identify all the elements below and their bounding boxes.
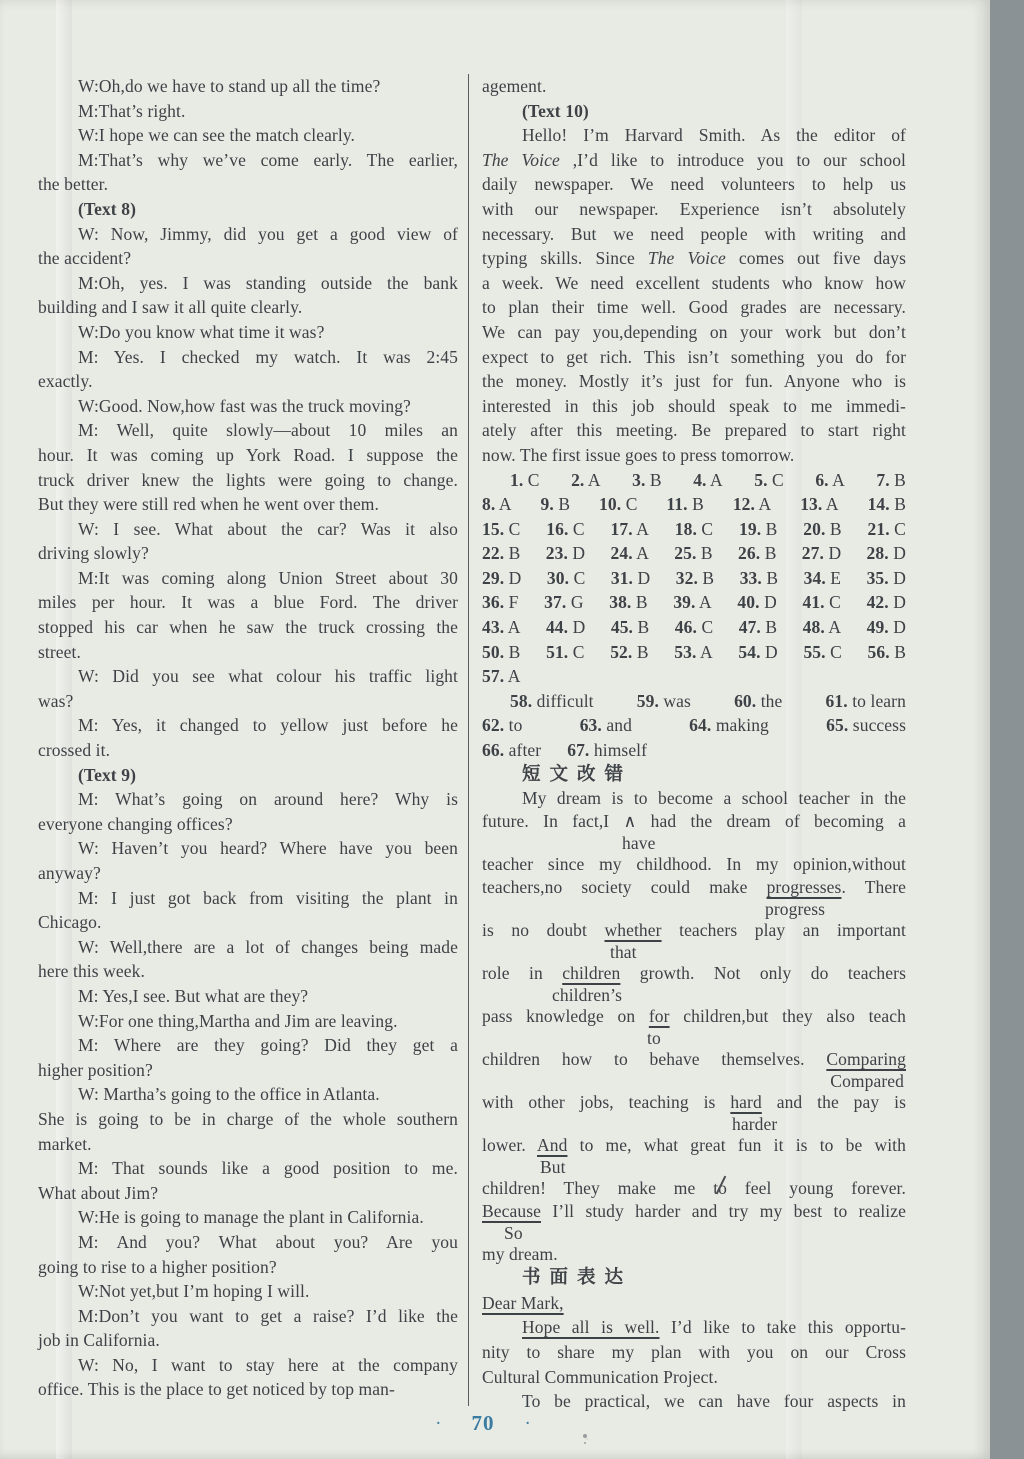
text-line: W:He is going to manage the plant in Cal… <box>38 1205 458 1230</box>
text-line: M: Yes. I checked my watch. It was 2:45 <box>38 345 458 370</box>
correction-word: have <box>482 833 906 853</box>
text-line: market. <box>38 1132 458 1157</box>
correction-text: progress <box>765 899 825 919</box>
text-segment: W:Good. Now,how fast was the truck movin… <box>78 396 411 416</box>
text-segment: truck driver knew the lights were going … <box>38 470 458 490</box>
text-line: to plan their time well. Good grades are… <box>482 295 906 320</box>
text-line: Because I’ll study harder and try my bes… <box>482 1200 906 1223</box>
text-line: necessary. But we need people with writi… <box>482 222 906 247</box>
text-segment: W: No, I want to stay here at the compan… <box>78 1355 458 1375</box>
answer-item: 45. B <box>611 615 649 640</box>
correction-text: Compared <box>830 1071 904 1091</box>
text-line: The Voice ,I’d like to introduce you to … <box>482 148 906 173</box>
text-segment: M:That’s right. <box>78 101 185 121</box>
text-line: Chicago. <box>38 910 458 935</box>
text-segment: ,I’d like to introduce you to our school <box>560 150 906 170</box>
text-segment: Dear Mark, <box>482 1293 564 1313</box>
text-segment: crossed it. <box>38 740 110 760</box>
answer-item: 7. B <box>876 468 906 493</box>
answer-item: 32. B <box>676 566 714 591</box>
text-segment: W: Did you see what colour his traffic l… <box>78 666 458 686</box>
text-line: office. This is the place to get noticed… <box>38 1377 458 1402</box>
correction-text: that <box>610 942 637 962</box>
text-line: the accident? <box>38 246 458 271</box>
text-segment: (Text 8) <box>78 199 136 219</box>
text-segment: necessary. But we need people with writi… <box>482 224 906 244</box>
answer-item: 3. B <box>632 468 662 493</box>
text-segment: W: I see. What about the car? Was it als… <box>78 519 458 539</box>
answer-item: 57. A <box>482 664 520 689</box>
text-line: W: Haven’t you heard? Where have you bee… <box>38 836 458 861</box>
text-line: children how to behave themselves. Compa… <box>482 1048 906 1071</box>
text-segment: M: What’s going on around here? Why is <box>78 789 458 809</box>
answer-item: 38. B <box>609 590 647 615</box>
answer-item: 6. A <box>815 468 845 493</box>
text-segment: M: Yes,I see. But what are they? <box>78 986 308 1006</box>
text-segment: for <box>649 1006 670 1026</box>
text-line: building and I saw it all quite clearly. <box>38 295 458 320</box>
text-line: now. The first issue goes to press tomor… <box>482 443 906 468</box>
answer-item: 16. C <box>546 517 584 542</box>
footer-dot-right: · <box>525 1413 531 1435</box>
text-segment: now. The first issue goes to press tomor… <box>482 445 794 465</box>
answer-item: 54. D <box>738 640 777 665</box>
text-segment: Comparing <box>826 1049 906 1069</box>
text-segment: nity to share my plan with you on our Cr… <box>482 1342 906 1362</box>
text-segment: M: Yes, it changed to yellow just before… <box>78 715 458 735</box>
text-segment: 短文改错 <box>522 765 632 785</box>
answer-item: 5. C <box>754 468 784 493</box>
answer-key-row: 1. C2. A3. B4. A5. C6. A7. B <box>482 468 906 493</box>
text-line: Cultural Communication Project. <box>482 1365 906 1390</box>
correction-word: Compared <box>482 1071 906 1091</box>
right-column: agement.(Text 10)Hello! I’m Harvard Smit… <box>482 74 906 1414</box>
text-line: here this week. <box>38 959 458 984</box>
text-segment: the money. Mostly it’s just for fun. Any… <box>482 371 906 391</box>
text-line: driving slowly? <box>38 541 458 566</box>
answer-item: 64. making <box>689 713 769 738</box>
answer-key-row: 57. A <box>482 664 906 689</box>
text-segment: I’ll study harder and try my best to rea… <box>541 1201 906 1221</box>
text-segment: with other jobs, teaching is <box>482 1092 730 1112</box>
answer-item: 50. B <box>482 640 520 665</box>
text-line: daily newspaper. We need volunteers to h… <box>482 172 906 197</box>
text-segment: W:He is going to manage the plant in Cal… <box>78 1207 424 1227</box>
text-segment: here this week. <box>38 961 145 981</box>
text-line: Hello! I’m Harvard Smith. As the editor … <box>482 123 906 148</box>
text-line: a week. We need excellent students who k… <box>482 271 906 296</box>
text-segment: My dream is to become a school teacher i… <box>522 788 906 808</box>
text-segment: W:Oh,do we have to stand up all the time… <box>78 76 380 96</box>
text-line: M: I just got back from visiting the pla… <box>38 886 458 911</box>
text-segment: And <box>537 1135 567 1155</box>
text-line: going to rise to a higher position? <box>38 1255 458 1280</box>
text-line: M: Yes, it changed to yellow just before… <box>38 713 458 738</box>
text-line: street. <box>38 640 458 665</box>
text-segment: going to rise to a higher position? <box>38 1257 277 1277</box>
text-line: exactly. <box>38 369 458 394</box>
text-segment: a week. We need excellent students who k… <box>482 273 906 293</box>
left-column: W:Oh,do we have to stand up all the time… <box>38 74 458 1402</box>
text-segment: Cultural Communication Project. <box>482 1367 718 1387</box>
text-line: expect to get rich. This isn’t something… <box>482 345 906 370</box>
text-segment: market. <box>38 1134 92 1154</box>
text-line: W:Oh,do we have to stand up all the time… <box>38 74 458 99</box>
scanned-book-page: W:Oh,do we have to stand up all the time… <box>0 0 990 1459</box>
answer-item: 21. C <box>868 517 906 542</box>
text-segment: anyway? <box>38 863 101 883</box>
text-segment: the accident? <box>38 248 131 268</box>
text-segment: children! They make me <box>482 1178 713 1198</box>
text-line: M: Well, quite slowly—about 10 miles an <box>38 418 458 443</box>
text-segment: teacher since my childhood. In my opinio… <box>482 854 906 874</box>
fill-in-answer-row: 62. to63. and64. making65. success <box>482 713 906 738</box>
answer-item: 53. A <box>674 640 712 665</box>
text-line: my dream. <box>482 1243 906 1266</box>
text-line: agement. <box>482 74 906 99</box>
correction-word: progress <box>482 899 906 919</box>
text-line: miles per hour. It was a blue Ford. The … <box>38 590 458 615</box>
text-line: M: And you? What about you? Are you <box>38 1230 458 1255</box>
text-segment: with our newspaper. Experience isn’t abs… <box>482 199 906 219</box>
correction-word: harder <box>482 1114 906 1134</box>
text-line: is no doubt whether teachers play an imp… <box>482 919 906 942</box>
answer-item: 18. C <box>675 517 713 542</box>
section-heading-error-correction: 短文改错 <box>482 763 906 788</box>
answer-item: 8. A <box>482 492 512 517</box>
text-line: children! They make me to feel young for… <box>482 1177 906 1200</box>
text-line: teachers,no society could make progresse… <box>482 876 906 899</box>
text-segment: was? <box>38 691 73 711</box>
text-segment: W:For one thing,Martha and Jim are leavi… <box>78 1011 398 1031</box>
text-segment: higher position? <box>38 1060 153 1080</box>
text-line: job in California. <box>38 1328 458 1353</box>
text-segment: I’d like to take this opportu- <box>660 1317 907 1337</box>
page-footer: · 70 · <box>0 1411 966 1436</box>
text-segment: typing skills. Since <box>482 248 648 268</box>
answer-item: 17. A <box>611 517 649 542</box>
text-segment: future. In fact,I ∧ had the dream of bec… <box>482 811 906 831</box>
text-segment: comes out five days <box>726 248 906 268</box>
text-segment: The Voice <box>482 150 560 170</box>
text-line: Hope all is well. I’d like to take this … <box>482 1315 906 1340</box>
answer-item: 27. D <box>802 541 841 566</box>
text-segment: stopped his car when he saw the truck cr… <box>38 617 458 637</box>
text-line: typing skills. Since The Voice comes out… <box>482 246 906 271</box>
answer-item: 51. C <box>546 640 584 665</box>
text-line: M:Don’t you want to get a raise? I’d lik… <box>38 1304 458 1329</box>
text-segment: W: Now, Jimmy, did you get a good view o… <box>78 224 458 244</box>
text-segment: Hello! I’m Harvard Smith. As the editor … <box>522 125 906 145</box>
answer-item: 61. to learn <box>826 689 906 714</box>
correction-text: to <box>647 1028 661 1048</box>
scan-smudge-artifact <box>583 1434 587 1438</box>
text-line: M:It was coming along Union Street about… <box>38 566 458 591</box>
answer-item: 42. D <box>867 590 906 615</box>
text-segment: teachers play an important <box>662 920 906 940</box>
answer-item: 44. D <box>546 615 585 640</box>
text-segment: whether <box>605 920 662 940</box>
answer-item: 4. A <box>693 468 723 493</box>
text-segment: driving slowly? <box>38 543 149 563</box>
answer-item: 11. B <box>666 492 703 517</box>
text-line: lower. And to me, what great fun it is t… <box>482 1134 906 1157</box>
answer-item: 31. D <box>611 566 650 591</box>
text-segment: street. <box>38 642 81 662</box>
answer-item: 13. A <box>800 492 838 517</box>
answer-item: 39. A <box>673 590 711 615</box>
correction-text: children’s <box>552 985 622 1005</box>
text-segment: (Text 10) <box>522 101 589 121</box>
answer-item: 9. B <box>541 492 571 517</box>
text-segment: The Voice <box>648 248 726 268</box>
text-line: M: That sounds like a good position to m… <box>38 1156 458 1181</box>
text-line: What about Jim? <box>38 1181 458 1206</box>
answer-item: 14. B <box>868 492 906 517</box>
answer-item: 26. B <box>738 541 776 566</box>
text-line: W: Now, Jimmy, did you get a good view o… <box>38 222 458 247</box>
answer-item: 40. D <box>737 590 776 615</box>
answer-item: 25. B <box>674 541 712 566</box>
text-segment: expect to get rich. This isn’t something… <box>482 347 906 367</box>
answer-item: 22. B <box>482 541 520 566</box>
text-line: Dear Mark, <box>482 1291 906 1316</box>
text-line: interested in this job should speak to m… <box>482 394 906 419</box>
text-segment: daily newspaper. We need volunteers to h… <box>482 174 906 194</box>
text-9-heading: (Text 9) <box>38 763 458 788</box>
text-segment: M: Well, quite slowly—about 10 miles an <box>78 420 458 440</box>
answer-item: 41. C <box>802 590 840 615</box>
text-segment: M: Where are they going? Did they get a <box>78 1035 458 1055</box>
text-segment: ately after this meeting. Be prepared to… <box>482 420 906 440</box>
answer-item: 37. G <box>544 590 583 615</box>
text-line: crossed it. <box>38 738 458 763</box>
text-line: She is going to be in charge of the whol… <box>38 1107 458 1132</box>
answer-item: 62. to <box>482 713 522 738</box>
text-segment: feel young forever. <box>727 1178 906 1198</box>
text-segment: the better. <box>38 174 108 194</box>
fill-in-answer-row: 66. after67. himself <box>482 738 906 763</box>
correction-text: have <box>622 833 655 853</box>
text-segment: To be practical, we can have four aspect… <box>522 1391 906 1411</box>
answer-item: 67. himself <box>567 738 647 763</box>
text-line: stopped his car when he saw the truck cr… <box>38 615 458 640</box>
text-line: teacher since my childhood. In my opinio… <box>482 853 906 876</box>
text-segment: children <box>562 963 620 983</box>
text-segment: children how to behave themselves. <box>482 1049 826 1069</box>
text-line: M:That’s right. <box>38 99 458 124</box>
text-segment: W: Well,there are a lot of changes being… <box>78 937 458 957</box>
answer-item: 43. A <box>482 615 520 640</box>
text-line: nity to share my plan with you on our Cr… <box>482 1340 906 1365</box>
answer-item: 20. B <box>803 517 841 542</box>
answer-item: 29. D <box>482 566 521 591</box>
text-segment: progresses <box>767 877 842 897</box>
text-segment: Because <box>482 1201 541 1221</box>
text-line: was? <box>38 689 458 714</box>
text-segment: building and I saw it all quite clearly. <box>38 297 302 317</box>
text-segment: M:Oh, yes. I was standing outside the ba… <box>78 273 458 293</box>
correction-word: So <box>482 1223 906 1243</box>
text-8-heading: (Text 8) <box>38 197 458 222</box>
text-line: W:Do you know what time it was? <box>38 320 458 345</box>
text-line: We can pay you,depending on your work bu… <box>482 320 906 345</box>
correction-text: So <box>504 1223 523 1243</box>
text-10-heading: (Text 10) <box>482 99 906 124</box>
answer-item: 49. D <box>867 615 906 640</box>
text-line: My dream is to become a school teacher i… <box>482 787 906 810</box>
text-segment: W:Not yet,but I’m hoping I will. <box>78 1281 309 1301</box>
answer-key-row: 15. C16. C17. A18. C19. B20. B21. C <box>482 517 906 542</box>
text-line: M: Where are they going? Did they get a <box>38 1033 458 1058</box>
answer-item: 30. C <box>547 566 585 591</box>
text-line: M: What’s going on around here? Why is <box>38 787 458 812</box>
text-line: M: Yes,I see. But what are they? <box>38 984 458 1009</box>
text-segment: Hope all is well. <box>522 1317 660 1337</box>
answer-item: 55. C <box>803 640 841 665</box>
text-line: But they were still red when he went ove… <box>38 492 458 517</box>
text-segment: M: I just got back from visiting the pla… <box>78 888 458 908</box>
text-line: role in children growth. Not only do tea… <box>482 962 906 985</box>
answer-item: 19. B <box>739 517 777 542</box>
text-line: W:For one thing,Martha and Jim are leavi… <box>38 1009 458 1034</box>
correction-word: But <box>482 1157 906 1177</box>
text-segment: W: Martha’s going to the office in Atlan… <box>78 1084 380 1104</box>
answer-item: 58. difficult <box>510 689 594 714</box>
answer-item: 35. D <box>867 566 906 591</box>
text-segment: children,but they also teach <box>670 1006 906 1026</box>
text-segment: role in <box>482 963 562 983</box>
text-segment: hour. It was coming up York Road. I supp… <box>38 445 458 465</box>
text-segment: M: That sounds like a good position to m… <box>78 1158 458 1178</box>
text-line: with other jobs, teaching is hard and th… <box>482 1091 906 1114</box>
answer-item: 10. C <box>599 492 637 517</box>
text-segment: M: Yes. I checked my watch. It was 2:45 <box>78 347 458 367</box>
answer-key-row: 29. D30. C31. D32. B33. B34. E35. D <box>482 566 906 591</box>
text-segment: to <box>713 1177 727 1200</box>
text-segment: Chicago. <box>38 912 102 932</box>
correction-text: But <box>540 1157 566 1177</box>
answer-item: 2. A <box>571 468 601 493</box>
answer-item: 66. after <box>482 738 541 763</box>
text-line: W: No, I want to stay here at the compan… <box>38 1353 458 1378</box>
answer-item: 48. A <box>803 615 841 640</box>
text-line: ately after this meeting. Be prepared to… <box>482 418 906 443</box>
text-line: higher position? <box>38 1058 458 1083</box>
text-segment: is no doubt <box>482 920 605 940</box>
fill-in-answer-row: 58. difficult59. was60. the61. to learn <box>482 689 906 714</box>
text-line: the money. Mostly it’s just for fun. Any… <box>482 369 906 394</box>
text-segment: and the pay is <box>762 1092 906 1112</box>
answer-item: 65. success <box>826 713 906 738</box>
text-segment: M:Don’t you want to get a raise? I’d lik… <box>78 1306 458 1326</box>
text-line: hour. It was coming up York Road. I supp… <box>38 443 458 468</box>
correction-word: that <box>482 942 906 962</box>
answer-key-row: 8. A9. B10. C11. B12. A13. A14. B <box>482 492 906 517</box>
answer-item: 47. B <box>739 615 777 640</box>
text-segment: . There <box>841 877 906 897</box>
answer-item: 24. A <box>611 541 649 566</box>
text-segment: What about Jim? <box>38 1183 158 1203</box>
text-segment: my dream. <box>482 1244 558 1264</box>
text-segment: office. This is the place to get noticed… <box>38 1379 395 1399</box>
text-line: W:I hope we can see the match clearly. <box>38 123 458 148</box>
text-line: W:Good. Now,how fast was the truck movin… <box>38 394 458 419</box>
text-segment: We can pay you,depending on your work bu… <box>482 322 906 342</box>
text-segment: But they were still red when he went ove… <box>38 494 379 514</box>
answer-item: 34. E <box>804 566 841 591</box>
text-segment: growth. Not only do teachers <box>620 963 906 983</box>
answer-item: 46. C <box>675 615 713 640</box>
answer-item: 1. C <box>510 468 540 493</box>
section-heading-written-expression: 书面表达 <box>482 1266 906 1291</box>
text-segment: teachers,no society could make <box>482 877 767 897</box>
text-segment: (Text 9) <box>78 765 136 785</box>
answer-key-row: 50. B51. C52. B53. A54. D55. C56. B <box>482 640 906 665</box>
text-line: everyone changing offices? <box>38 812 458 837</box>
page-number: 70 <box>472 1411 495 1436</box>
text-segment: interested in this job should speak to m… <box>482 396 906 416</box>
text-line: W: Martha’s going to the office in Atlan… <box>38 1082 458 1107</box>
text-segment: miles per hour. It was a blue Ford. The … <box>38 592 458 612</box>
text-line: W: Did you see what colour his traffic l… <box>38 664 458 689</box>
text-segment: 书面表达 <box>522 1268 632 1288</box>
text-segment: W:Do you know what time it was? <box>78 322 324 342</box>
text-segment: job in California. <box>38 1330 160 1350</box>
text-segment: pass knowledge on <box>482 1006 649 1026</box>
text-segment: lower. <box>482 1135 537 1155</box>
answer-item: 63. and <box>580 713 632 738</box>
answer-item: 52. B <box>610 640 648 665</box>
text-line: W: Well,there are a lot of changes being… <box>38 935 458 960</box>
correction-word: children’s <box>482 985 906 1005</box>
text-line: M:That’s why we’ve come early. The earli… <box>38 148 458 173</box>
text-segment: M: And you? What about you? Are you <box>78 1232 458 1252</box>
text-segment: hard <box>730 1092 762 1112</box>
text-line: truck driver knew the lights were going … <box>38 468 458 493</box>
text-segment: M:That’s why we’ve come early. The earli… <box>78 150 458 170</box>
text-line: future. In fact,I ∧ had the dream of bec… <box>482 810 906 833</box>
answer-item: 15. C <box>482 517 520 542</box>
text-line: with our newspaper. Experience isn’t abs… <box>482 197 906 222</box>
text-segment: exactly. <box>38 371 93 391</box>
answer-item: 59. was <box>637 689 691 714</box>
answer-key-row: 22. B23. D24. A25. B26. B27. D28. D <box>482 541 906 566</box>
text-line: M:Oh, yes. I was standing outside the ba… <box>38 271 458 296</box>
footer-dot-left: · <box>435 1413 441 1435</box>
text-segment: to me, what great fun it is to be with <box>567 1135 906 1155</box>
answer-item: 23. D <box>546 541 585 566</box>
text-segment: to plan their time well. Good grades are… <box>482 297 906 317</box>
answer-item: 56. B <box>868 640 906 665</box>
correction-text: harder <box>732 1114 777 1134</box>
text-line: pass knowledge on for children,but they … <box>482 1005 906 1028</box>
column-divider-rule <box>468 74 469 1406</box>
answer-item: 33. B <box>740 566 778 591</box>
answer-key-row: 43. A44. D45. B46. C47. B48. A49. D <box>482 615 906 640</box>
text-segment: M:It was coming along Union Street about… <box>78 568 458 588</box>
answer-item: 12. A <box>733 492 771 517</box>
text-segment: W:I hope we can see the match clearly. <box>78 125 355 145</box>
answer-item: 60. the <box>734 689 782 714</box>
correction-word: to <box>482 1028 906 1048</box>
text-line: anyway? <box>38 861 458 886</box>
answer-key-row: 36. F37. G38. B39. A40. D41. C42. D <box>482 590 906 615</box>
text-segment: everyone changing offices? <box>38 814 233 834</box>
text-line: W: I see. What about the car? Was it als… <box>38 517 458 542</box>
text-line: W:Not yet,but I’m hoping I will. <box>38 1279 458 1304</box>
answer-item: 36. F <box>482 590 519 615</box>
